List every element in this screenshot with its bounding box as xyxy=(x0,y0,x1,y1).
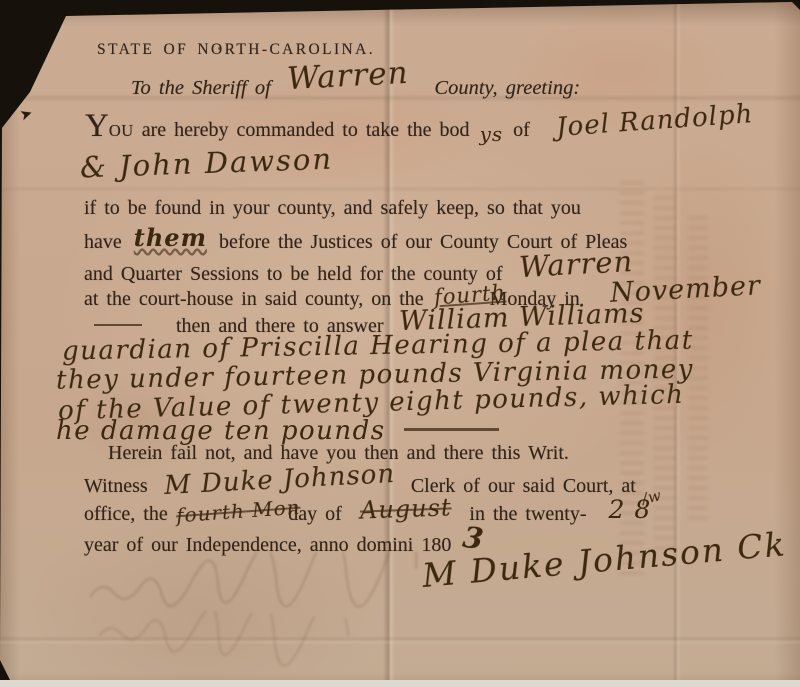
hw-margin-dash xyxy=(94,324,142,326)
hw-plural-ys: ys xyxy=(480,122,504,146)
body-line-1: if to be found in your county, and safel… xyxy=(84,197,581,219)
hw-closing-dash xyxy=(404,428,499,431)
paper-edge-shadow-left xyxy=(0,0,20,687)
office-post: in the twenty- xyxy=(469,503,586,525)
hw-year-of-independence: 2 8 xyxy=(608,495,651,524)
document-paper: ➤ STATE OF NORTH-CAROLINA. To the Sherif… xyxy=(0,0,800,687)
scanner-edge-strip xyxy=(0,680,800,687)
horizontal-crease xyxy=(0,186,800,192)
scanned-writ-document: ➤ STATE OF NORTH-CAROLINA. To the Sherif… xyxy=(0,0,800,687)
hw-august: August xyxy=(359,493,451,524)
drop-cap-Y: Y xyxy=(85,108,109,144)
year-pre: year of our Independence, anno domini 18… xyxy=(84,534,451,556)
command-mid: of xyxy=(513,119,530,141)
you-caps: OU xyxy=(109,121,134,140)
fail-not-line: Herein fail not, and have you then and t… xyxy=(108,442,569,464)
salutation-post: County, greeting: xyxy=(434,77,580,99)
hw-clerk-name: M Duke Johnson xyxy=(163,459,395,501)
salutation-pre: To the Sheriff of xyxy=(131,77,271,99)
hw-fourth-mon: fourth Mon xyxy=(175,495,301,528)
ink-mark-arrow: ➤ xyxy=(17,104,35,126)
office-pre: office, the xyxy=(84,503,168,525)
hw-defendant-1: Joel Randolph xyxy=(555,99,754,143)
body-line-4-pre: at the court-house in said county, on th… xyxy=(84,288,424,310)
hw-them: them xyxy=(134,223,207,252)
witness-pre: Witness xyxy=(84,475,148,497)
body-line-2-pre: have xyxy=(84,231,122,253)
document-header: STATE OF NORTH-CAROLINA. xyxy=(97,41,375,58)
hw-county-name: Warren xyxy=(286,55,409,97)
hw-defendant-2: & John Dawson xyxy=(79,142,333,185)
command-pre: are hereby commanded to take the bod xyxy=(134,119,470,141)
